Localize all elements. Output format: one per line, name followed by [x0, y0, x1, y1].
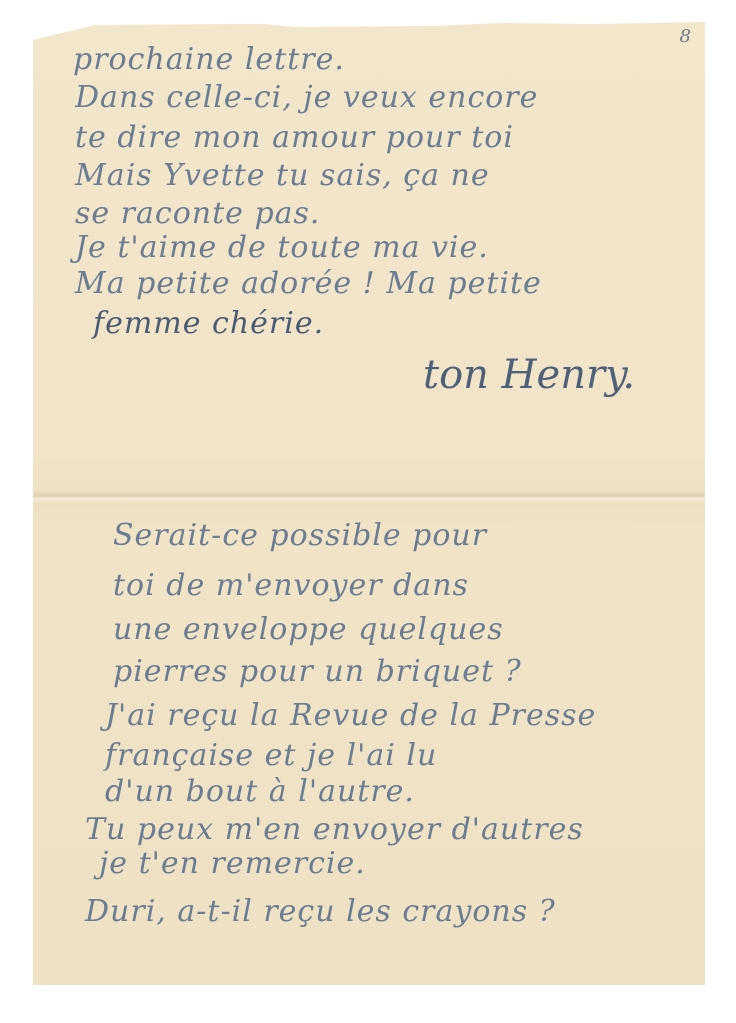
letter-line: J'ai reçu la Revue de la Presse	[105, 698, 596, 733]
letter-line: prochaine lettre.	[73, 42, 345, 77]
letter-line: Je t'aime de toute ma vie.	[75, 230, 489, 265]
page-number: 8	[680, 26, 691, 47]
letter-line: se raconte pas.	[75, 196, 320, 231]
letter-line: Dans celle-ci, je veux encore	[75, 80, 538, 115]
letter-line: Duri, a-t-il reçu les crayons ?	[85, 894, 556, 929]
letter-line: toi de m'envoyer dans	[113, 568, 469, 603]
letter-page: 8 prochaine lettre. Dans celle-ci, je ve…	[33, 22, 705, 985]
letter-line: une enveloppe quelques	[113, 612, 504, 647]
letter-line: te dire mon amour pour toi	[75, 120, 514, 155]
letter-line: d'un bout à l'autre.	[105, 774, 415, 809]
letter-line: je t'en remercie.	[99, 846, 366, 881]
letter-line: femme chérie.	[93, 306, 324, 341]
letter-line: Mais Yvette tu sais, ça ne	[75, 158, 490, 193]
letter-line: Serait-ce possible pour	[113, 518, 487, 553]
signature: ton Henry.	[423, 352, 635, 398]
letter-line: française et je l'ai lu	[105, 738, 437, 773]
letter-line: Ma petite adorée ! Ma petite	[75, 266, 542, 301]
paper-fold	[33, 490, 705, 504]
letter-line: Tu peux m'en envoyer d'autres	[85, 812, 584, 847]
letter-line: pierres pour un briquet ?	[113, 654, 522, 689]
